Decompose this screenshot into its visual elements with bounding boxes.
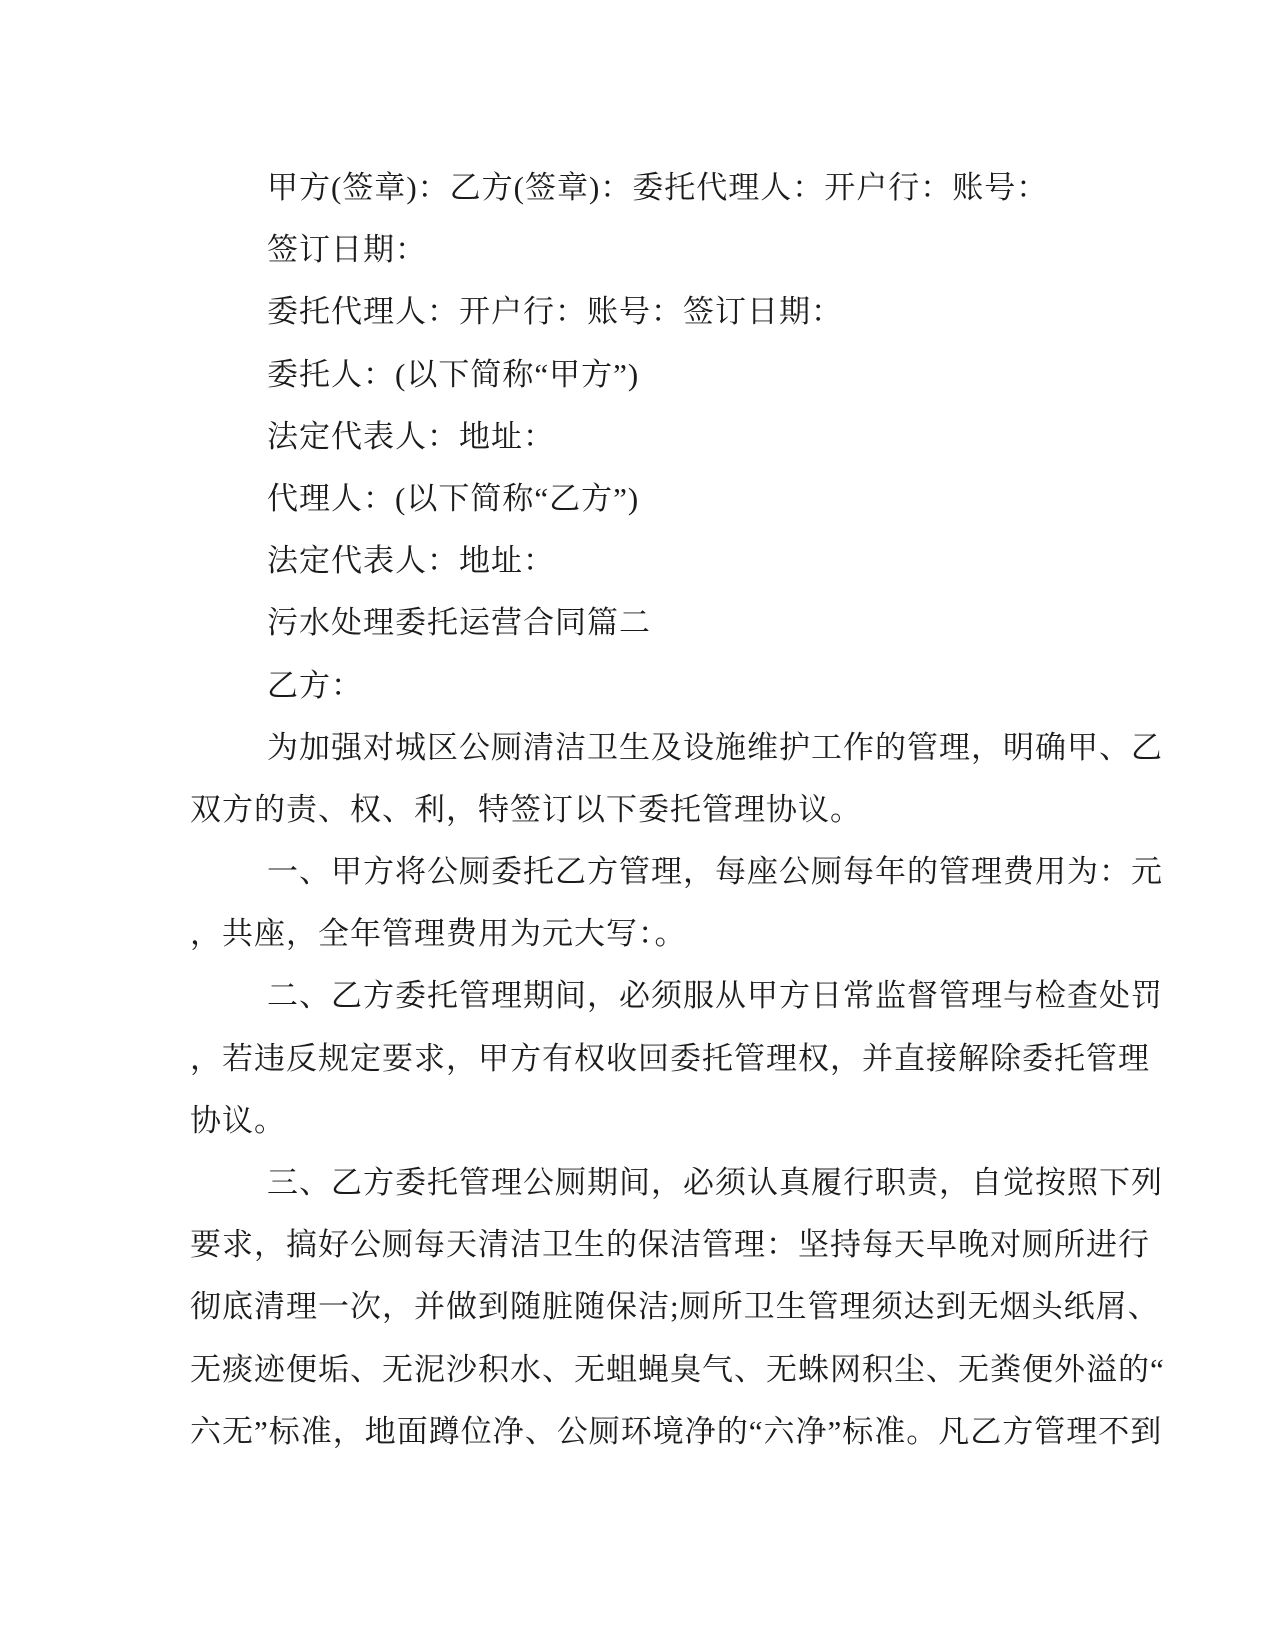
text-line: 要求，搞好公厕每天清洁卫生的保洁管理：坚持每天早晚对厕所进行 bbox=[190, 1214, 1100, 1276]
text-line: 彻底清理一次，并做到随脏随保洁;厕所卫生管理须达到无烟头纸屑、 bbox=[190, 1276, 1100, 1338]
text-line: 乙方： bbox=[190, 655, 1100, 717]
text-line: 双方的责、权、利，特签订以下委托管理协议。 bbox=[190, 779, 1100, 841]
text-line: 六无”标准，地面蹲位净、公厕环境净的“六净”标准。凡乙方管理不到 bbox=[190, 1401, 1100, 1463]
text-line: 污水处理委托运营合同篇二 bbox=[190, 592, 1100, 654]
text-line: 法定代表人：地址： bbox=[190, 406, 1100, 468]
text-line: 代理人：(以下简称“乙方”) bbox=[190, 468, 1100, 530]
text-line: ，若违反规定要求，甲方有权收回委托管理权，并直接解除委托管理 bbox=[190, 1028, 1100, 1090]
text-line: 委托代理人：开户行：账号：签订日期： bbox=[190, 281, 1100, 343]
text-line: 协议。 bbox=[190, 1090, 1100, 1152]
text-line: 一、甲方将公厕委托乙方管理，每座公厕每年的管理费用为：元 bbox=[190, 841, 1100, 903]
text-line: 甲方(签章)：乙方(签章)：委托代理人：开户行：账号： bbox=[190, 157, 1100, 219]
text-line: ，共座，全年管理费用为元大写：。 bbox=[190, 903, 1100, 965]
text-line: 三、乙方委托管理公厕期间，必须认真履行职责，自觉按照下列 bbox=[190, 1152, 1100, 1214]
contract-document-page: 甲方(签章)：乙方(签章)：委托代理人：开户行：账号：签订日期：委托代理人：开户… bbox=[0, 0, 1275, 1650]
text-line: 法定代表人：地址： bbox=[190, 530, 1100, 592]
text-line: 为加强对城区公厕清洁卫生及设施维护工作的管理，明确甲、乙 bbox=[190, 717, 1100, 779]
text-line: 无痰迹便垢、无泥沙积水、无蛆蝇臭气、无蛛网积尘、无粪便外溢的“ bbox=[190, 1339, 1100, 1401]
document-body: 甲方(签章)：乙方(签章)：委托代理人：开户行：账号：签订日期：委托代理人：开户… bbox=[190, 157, 1100, 1463]
text-line: 签订日期： bbox=[190, 219, 1100, 281]
text-line: 二、乙方委托管理期间，必须服从甲方日常监督管理与检查处罚 bbox=[190, 965, 1100, 1027]
text-line: 委托人：(以下简称“甲方”) bbox=[190, 344, 1100, 406]
